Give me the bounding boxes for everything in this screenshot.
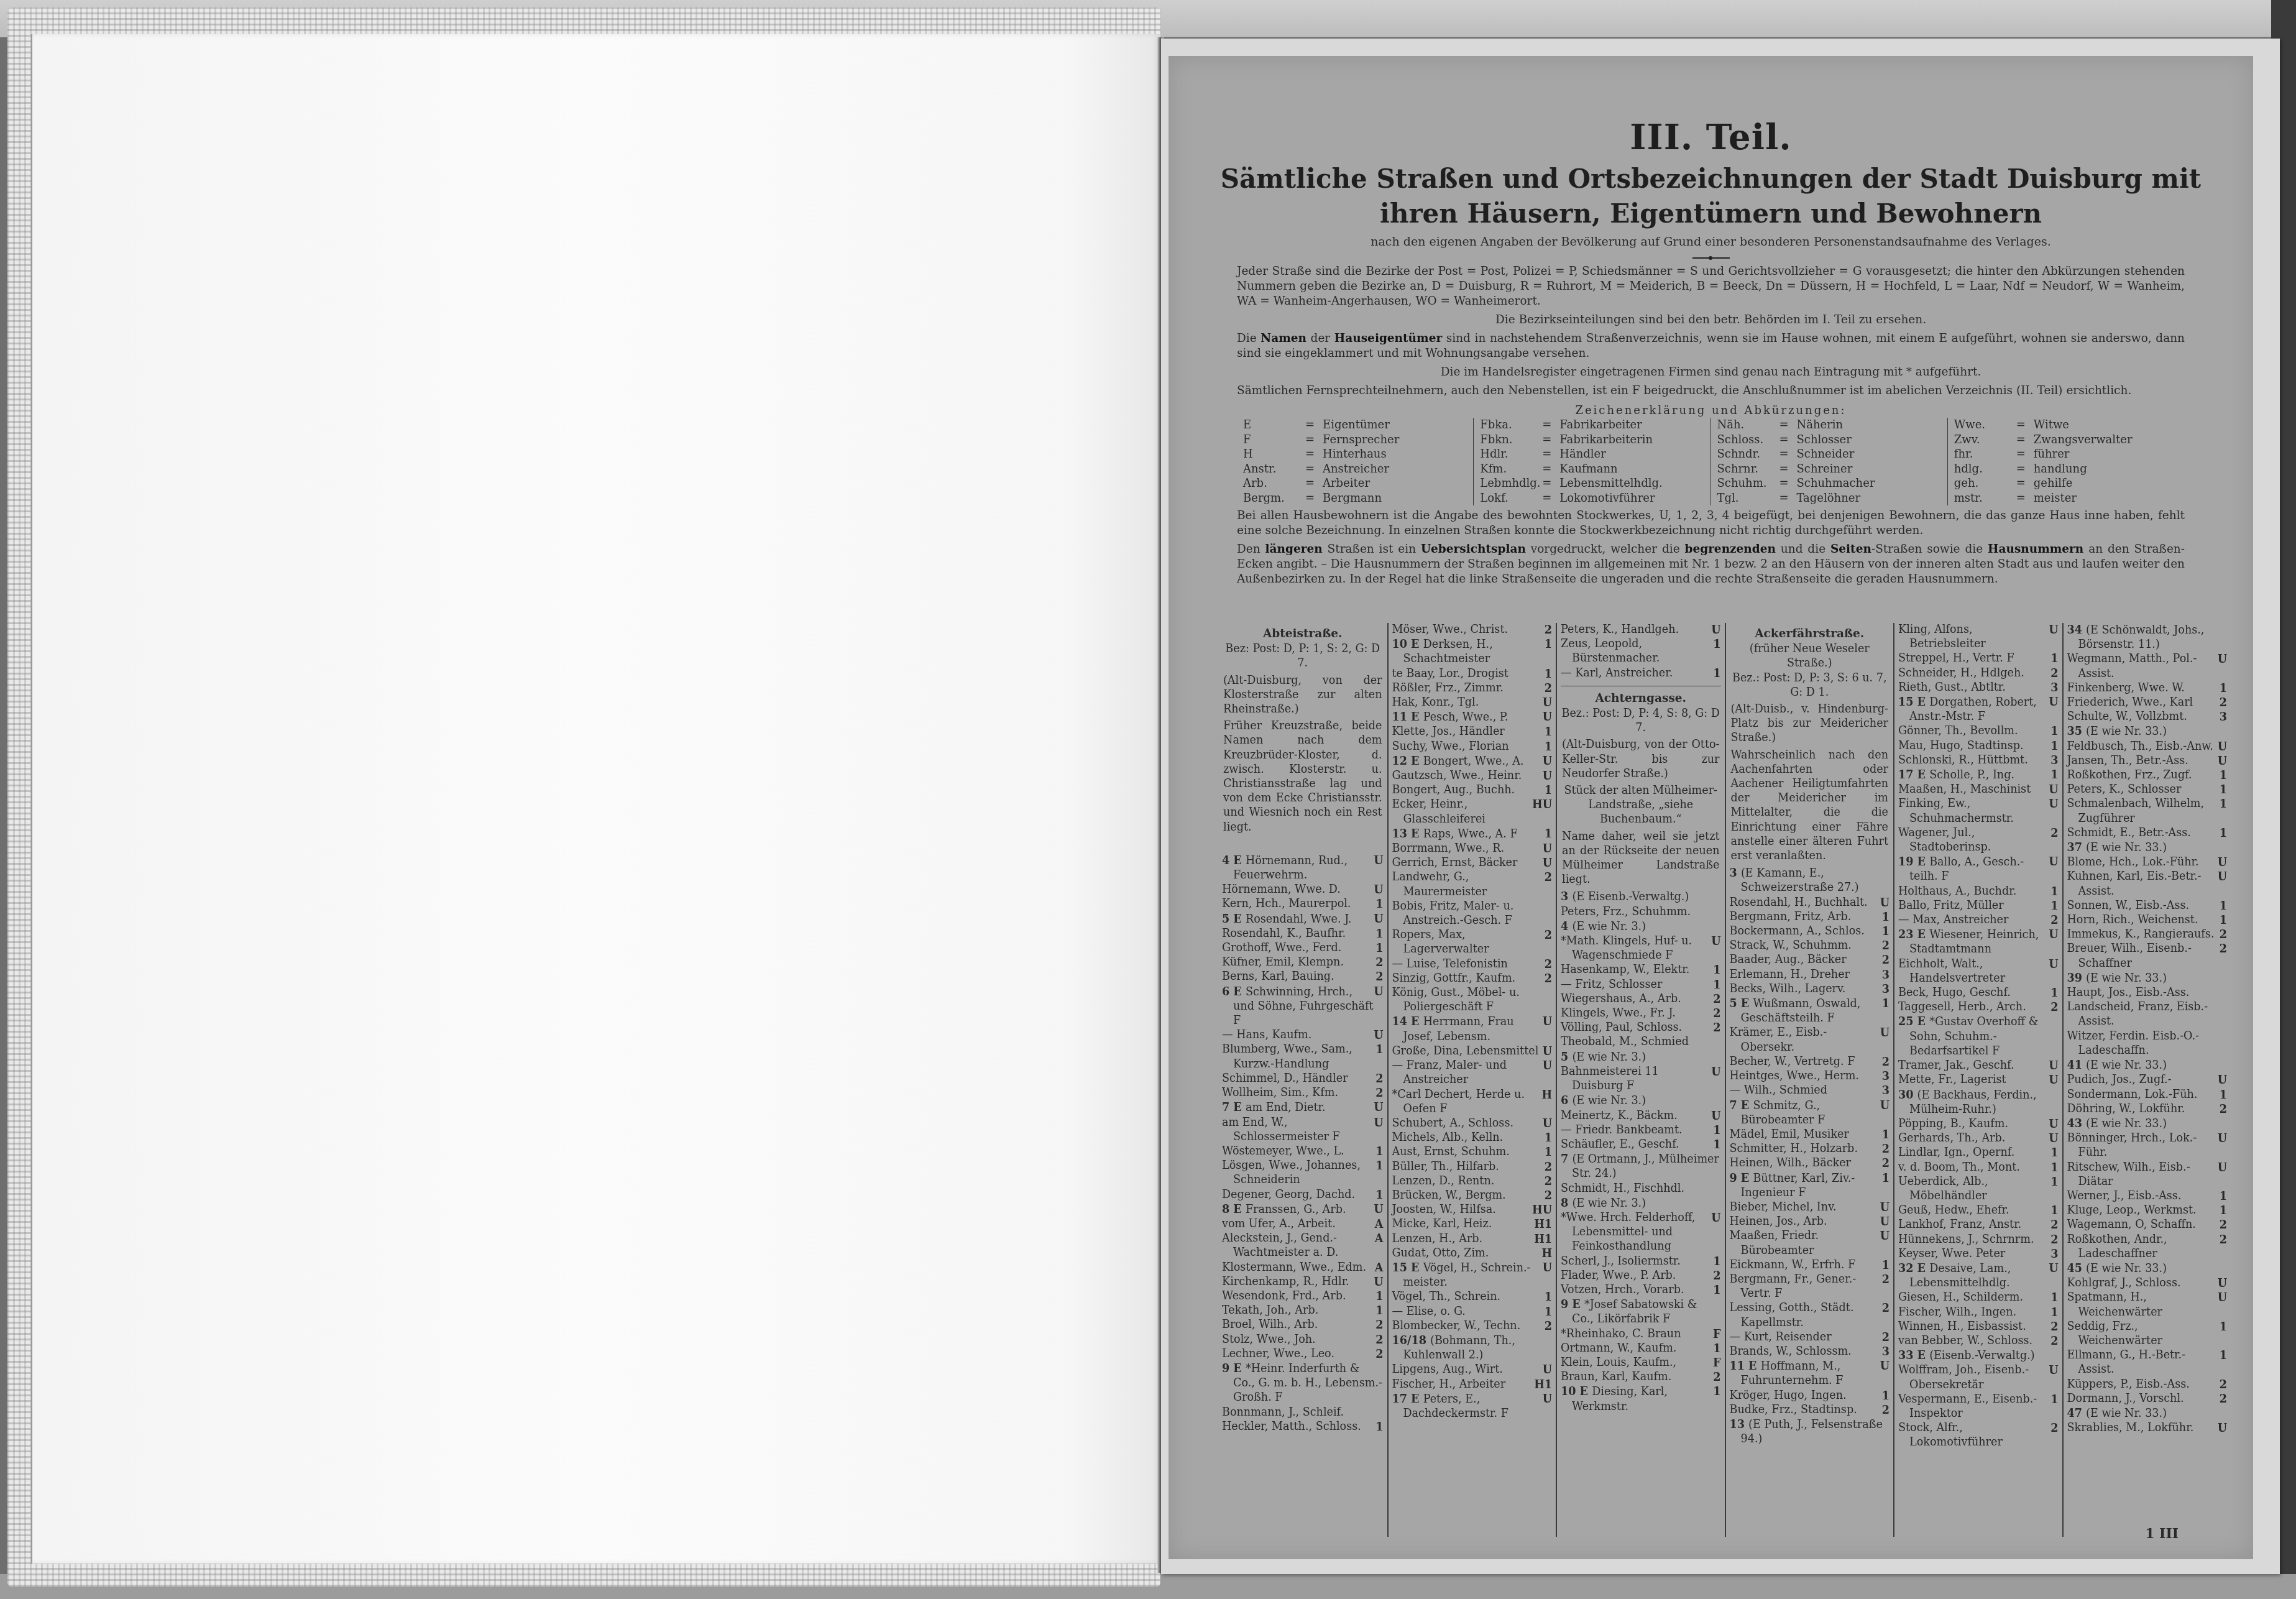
intro-floors: Bei allen Hausbewohnern ist die Angabe d…: [1237, 509, 2185, 538]
legend-abbr: F: [1243, 433, 1305, 448]
house-number: 25 E: [1898, 1015, 1929, 1028]
resident-name: Peters, Frz., Schuhmm.: [1561, 906, 1691, 918]
resident-name: (E Ortmann, J., Mülheimer Str. 24.): [1572, 1153, 1719, 1180]
legend-equals: =: [1542, 447, 1559, 462]
resident-entry: 35 (E wie Nr. 33.): [2067, 724, 2228, 739]
resident-entry: UGroße, Dina, Lebensmittel: [1392, 1044, 1553, 1059]
floor-marker: U: [1540, 1363, 1552, 1377]
resident-entry: U11 E Hoffmann, M., Fuhrunternehm. F: [1730, 1359, 1890, 1388]
intro-owners: Die Namen der Hauseigentümer sind in nac…: [1237, 331, 2185, 361]
floor-marker: 1: [2217, 913, 2227, 928]
resident-name: (E wie Nr. 33.): [2086, 842, 2167, 854]
floor-marker: 2: [1880, 939, 1890, 953]
floor-marker: U: [1540, 769, 1552, 783]
resident-name: Peters, K., Handlgeh.: [1561, 624, 1679, 636]
resident-entry: UGerhards, Th., Arb.: [1898, 1131, 2059, 1146]
resident-entry: 2— Kurt, Reisender: [1730, 1330, 1890, 1345]
resident-name: Bongert, Wwe., A.: [1423, 755, 1524, 768]
resident-entry: Theobald, M., Schmied: [1561, 1035, 1721, 1049]
legend-equals: =: [1779, 447, 1797, 462]
resident-entry: 2Ropers, Max, Lagerverwalter: [1392, 928, 1553, 957]
floor-marker: 1: [2048, 1175, 2058, 1189]
resident-entry: 1— Karl, Anstreicher.: [1561, 666, 1721, 681]
resident-name: Ueberdick, Alb., Möbelhändler: [1898, 1176, 1988, 1202]
resident-entry: 1Tekath, Joh., Arb.: [1222, 1304, 1384, 1318]
resident-entry: 1Seddig, Frz., Weichenwärter: [2067, 1320, 2228, 1348]
resident-entry: 1Schmalenbach, Wilhelm, Zugführer: [2067, 797, 2228, 826]
resident-name: (Eisenb.-Verwaltg.): [1929, 1350, 2035, 1362]
floor-marker: U: [1709, 1065, 1720, 1079]
resident-entry: U15 E Dorgathen, Robert, Anstr.-Mstr. F: [1898, 695, 2059, 724]
floor-marker: 1: [1542, 783, 1552, 798]
floor-marker: 1: [2048, 885, 2058, 899]
house-number: 7: [1561, 1153, 1572, 1166]
floor-marker: 2: [2217, 696, 2227, 710]
legend-abbr: Fbkn.: [1480, 433, 1542, 448]
resident-entry: 2Immekus, K., Rangieraufs.: [2067, 928, 2228, 942]
resident-entry: U5 E Rosendahl, Wwe. J.: [1222, 912, 1384, 927]
floor-marker: 1: [1542, 740, 1552, 754]
floor-marker: U: [2046, 1261, 2058, 1276]
floor-marker: 2: [1542, 1174, 1552, 1189]
floor-marker: 2: [1542, 681, 1552, 696]
floor-marker: A: [1372, 1232, 1384, 1246]
resident-name: Küfner, Emil, Klempn.: [1222, 956, 1344, 969]
legend-meaning: Fernsprecher: [1323, 433, 1467, 448]
floor-marker: F: [1711, 1327, 1721, 1342]
legend-abbr: fhr.: [1954, 447, 2016, 462]
resident-name: Lechner, Wwe., Leo.: [1222, 1348, 1334, 1360]
house-number: 34: [2067, 624, 2087, 637]
floor-marker: 1: [1373, 1304, 1383, 1318]
legend-meaning: Fabrikarbeiterin: [1559, 433, 1704, 448]
resident-entry: Bonnmann, J., Schleif.: [1222, 1406, 1384, 1420]
floor-marker: HU: [1530, 798, 1552, 812]
resident-name: Horn, Rich., Weichenst.: [2067, 914, 2198, 926]
floor-marker: 3: [1880, 1345, 1890, 1359]
resident-entry: 2Hünnekens, J., Schrnrm.: [1898, 1233, 2059, 1247]
legend-meaning: Arbeiter: [1323, 476, 1467, 491]
resident-entry: 1v. d. Boom, Th., Mont.: [1898, 1161, 2059, 1175]
resident-entry: U15 E Vögel, H., Schrein.-meister.: [1392, 1261, 1553, 1290]
resident-name: Bongert, Aug., Buchh.: [1392, 784, 1515, 796]
street-description: Name daher, weil sie jetzt an der Rückse…: [1561, 830, 1721, 888]
house-number: 9 E: [1561, 1298, 1584, 1311]
legend-equals: =: [1542, 418, 1559, 433]
resident-name: Witzer, Ferdin. Eisb.-O.-Ladeschaffn.: [2067, 1030, 2200, 1057]
resident-entry: 13 (E Puth, J., Felsenstraße 94.): [1730, 1417, 1890, 1447]
floor-marker: 2: [1880, 953, 1890, 967]
resident-entry: 2Berns, Karl, Bauing.: [1222, 970, 1384, 984]
abbreviation-legend: E=EigentümerF=FernsprecherH=HinterhausAn…: [1237, 418, 2185, 505]
resident-entry: 41 (E wie Nr. 33.): [2067, 1058, 2228, 1073]
resident-name: Votzen, Hrch., Vorarb.: [1561, 1284, 1684, 1296]
ornament-divider: [1692, 256, 1730, 260]
floor-marker: 2: [1880, 1301, 1890, 1316]
resident-entry: U7 E Schmitz, G., Bürobeamter F: [1730, 1099, 1890, 1128]
resident-name: Holthaus, A., Buchdr.: [1898, 885, 2016, 898]
floor-marker: 1: [1880, 1171, 1890, 1186]
resident-entry: Avom Ufer, A., Arbeit.: [1222, 1217, 1384, 1232]
legend-meaning: führer: [2034, 447, 2179, 462]
legend-meaning: Schreiner: [1797, 462, 1941, 477]
resident-entry: 2Schimmel, D., Händler: [1222, 1072, 1384, 1086]
resident-name: Rieth, Gust., Abtltr.: [1898, 681, 2006, 694]
resident-name: Ballo, Fritz, Müller: [1898, 900, 2004, 912]
floor-marker: U: [1540, 1044, 1552, 1059]
resident-name: Gerhards, Th., Arb.: [1898, 1132, 2005, 1145]
floor-marker: 2: [1711, 992, 1720, 1007]
resident-entry: UBönninger, Hrch., Lok.-Führ.: [2067, 1131, 2228, 1160]
street-heading: Ackerfährstraße.: [1730, 627, 1890, 641]
legend-meaning: meister: [2034, 491, 2179, 506]
resident-name: (E wie Nr. 33.): [2086, 972, 2167, 985]
resident-entry: 2Wagener, Jul., Stadtoberinsp.: [1898, 826, 2059, 855]
intro-text: Jeder Straße sind die Bezirke der Post =…: [1237, 264, 2185, 402]
floor-marker: U: [2215, 1421, 2227, 1435]
legend-entry: Fbkn.=Fabrikarbeiterin: [1480, 433, 1704, 448]
legend-entry: Zwv.=Zwangsverwalter: [1954, 433, 2179, 448]
resident-entry: 2Rößler, Frz., Zimmr.: [1392, 681, 1553, 696]
resident-name: Klette, Jos., Händler: [1392, 726, 1505, 738]
legend-equals: =: [1305, 447, 1323, 462]
floor-marker: U: [2046, 1131, 2058, 1146]
resident-name: Eickmann, W., Erfrh. F: [1730, 1259, 1856, 1271]
floor-marker: U: [1371, 1028, 1383, 1043]
legend-abbr: Wwe.: [1954, 418, 2016, 433]
floor-marker: 1: [2048, 899, 2058, 913]
house-number: 3: [1730, 867, 1741, 880]
house-number: 5 E: [1730, 997, 1753, 1010]
legend-meaning: Lebensmittelhdlg.: [1559, 476, 1704, 491]
resident-entry: UMeinertz, K., Bäckm.: [1561, 1109, 1721, 1123]
resident-name: Hasenkamp, W., Elektr.: [1561, 964, 1689, 976]
floor-marker: U: [2046, 695, 2058, 709]
resident-entry: H1Fischer, H., Arbeiter: [1392, 1378, 1553, 1392]
resident-entry: 1Streppel, H., Vertr. F: [1898, 652, 2059, 666]
intro-text-2: Bei allen Hausbewohnern ist die Angabe d…: [1237, 509, 2185, 591]
resident-entry: 2Strack, W., Schuhmm.: [1730, 939, 1890, 953]
resident-name: Berns, Karl, Bauing.: [1222, 970, 1334, 983]
resident-name: Gerrich, Ernst, Bäcker: [1392, 857, 1518, 869]
resident-name: Baader, Aug., Bäcker: [1730, 954, 1847, 966]
resident-name: Winnen, H., Eisbassist.: [1898, 1320, 2026, 1333]
legend-entry: E=Eigentümer: [1243, 418, 1467, 433]
legend-meaning: Tagelöhner: [1797, 491, 1941, 506]
floor-marker: U: [2215, 754, 2227, 768]
floor-marker: 1: [1880, 1128, 1890, 1142]
street-description: (Alt-Duisburg, von der Otto-Keller-Str. …: [1561, 738, 1721, 781]
resident-name: Heinen, Wilh., Bäcker: [1730, 1157, 1852, 1169]
resident-name: Heckler, Matth., Schloss.: [1222, 1421, 1361, 1433]
resident-name: Raps, Wwe., A. F: [1423, 828, 1518, 841]
resident-name: — Kurt, Reisender: [1730, 1331, 1832, 1343]
resident-name: Braun, Karl, Kaufm.: [1561, 1371, 1671, 1383]
resident-entry: 2Wiegershaus, A., Arb.: [1561, 992, 1721, 1007]
resident-name: Krämer, E., Eisb.-Obersekr.: [1730, 1026, 1827, 1053]
floor-marker: U: [1540, 754, 1552, 768]
resident-name: *Gustav Overhoff & Sohn, Schuhm.-Bedarfs…: [1909, 1016, 2038, 1057]
floor-marker: 2: [2048, 1320, 2058, 1334]
resident-entry: 8 (E wie Nr. 3.): [1561, 1196, 1721, 1211]
floor-marker: 1: [2048, 739, 2058, 753]
resident-name: Schmidt, H., Fischhdl.: [1561, 1182, 1684, 1195]
floor-marker: U: [1878, 1229, 1890, 1243]
resident-name: Rosendahl, H., Buchhalt.: [1730, 896, 1868, 909]
legend-abbr: Schloss.: [1717, 433, 1779, 448]
resident-entry: 1Sondermann, Lok.-Füh.: [2067, 1088, 2228, 1102]
resident-entry: UJansen, Th., Betr.-Ass.: [2067, 754, 2228, 768]
resident-name: Feldbusch, Th., Eisb.-Anw.: [2067, 740, 2213, 753]
floor-marker: 1: [1373, 1188, 1383, 1202]
legend-meaning: Anstreicher: [1323, 462, 1467, 477]
floor-marker: 1: [1542, 1305, 1552, 1319]
resident-entry: 2van Bebber, W., Schloss.: [1898, 1334, 2059, 1348]
legend-equals: =: [1305, 491, 1323, 506]
resident-name: Kuhnen, Karl, Eis.-Betr.-Assist.: [2067, 870, 2202, 897]
resident-entry: UFinking, Ew., Schuhmachermstr.: [1898, 797, 2059, 826]
resident-entry: 1te Baay, Lor., Drogist: [1392, 667, 1553, 681]
legend-equals: =: [1779, 476, 1797, 491]
legend-equals: =: [2016, 476, 2034, 491]
floor-marker: 2: [1373, 1072, 1383, 1086]
floor-marker: 1: [1711, 978, 1720, 992]
resident-entry: U23 E Wiesener, Heinrich, Stadtamtmann: [1898, 928, 2059, 957]
resident-name: Dormann, J., Vorschl.: [2067, 1393, 2184, 1405]
house-number: 14 E: [1392, 1015, 1423, 1028]
resident-name: Schlonski, R., Hüttbmt.: [1898, 754, 2028, 767]
resident-name: Büller, Th., Hilfarb.: [1392, 1161, 1499, 1173]
floor-marker: 1: [2048, 986, 2058, 1000]
resident-name: Stock, Alfr., Lokomotivführer: [1898, 1422, 2003, 1449]
resident-name: Vögel, Th., Schrein.: [1392, 1291, 1501, 1303]
floor-marker: 1: [2217, 768, 2227, 783]
resident-name: — Friedr. Bankbeamt.: [1561, 1124, 1683, 1136]
resident-entry: 2Möser, Wwe., Christ.: [1392, 623, 1553, 637]
house-number: 4 E: [1222, 854, 1246, 867]
floor-marker: 2: [2048, 913, 2058, 928]
resident-name: Wußmann, Oswald, Geschäftsteilh. F: [1741, 998, 1861, 1025]
resident-name: (E Schönwaldt, Johs., Börsenstr. 11.): [2078, 624, 2205, 651]
resident-name: Flader, Wwe., P. Arb.: [1561, 1270, 1676, 1282]
resident-entry: U19 E Ballo, A., Gesch.-teilh. F: [1898, 855, 2059, 884]
resident-name: Keyser, Wwe. Peter: [1898, 1248, 2005, 1260]
resident-entry: 2Klingels, Wwe., Fr. J.: [1561, 1007, 1721, 1021]
legend-equals: =: [1542, 433, 1559, 448]
legend-meaning: Schuhmacher: [1797, 476, 1941, 491]
resident-entry: 1Grothoff, Wwe., Ferd.: [1222, 941, 1384, 956]
floor-marker: 2: [1880, 1142, 1890, 1156]
legend-column: Fbka.=FabrikarbeiterFbkn.=Fabrikarbeiter…: [1474, 418, 1711, 505]
resident-entry: UFeldbusch, Th., Eisb.-Anw.: [2067, 740, 2228, 754]
resident-entry: ULipgens, Aug., Wirt.: [1392, 1363, 1553, 1377]
legend-entry: Schloss.=Schlosser: [1717, 433, 1941, 448]
floor-marker: 1: [1880, 1258, 1890, 1273]
subtitle: nach den eigenen Angaben der Bevölkerung…: [1169, 235, 2253, 249]
legend-equals: =: [1542, 476, 1559, 491]
resident-name: Peters, K., Schlosser: [2067, 783, 2182, 796]
resident-entry: 34 (E Schönwaldt, Johs., Börsenstr. 11.): [2067, 623, 2228, 652]
resident-name: Gautzsch, Wwe., Heinr.: [1392, 770, 1522, 782]
floor-marker: 1: [1711, 1123, 1720, 1138]
floor-marker: 1: [1542, 667, 1552, 681]
floor-marker: U: [1709, 934, 1720, 949]
legend-abbr: Hdlr.: [1480, 447, 1542, 462]
house-number: 43: [2067, 1117, 2087, 1130]
legend-entry: Bergm.=Bergmann: [1243, 491, 1467, 506]
floor-marker: U: [1371, 1100, 1383, 1115]
resident-entry: Witzer, Ferdin. Eisb.-O.-Ladeschaffn.: [2067, 1030, 2228, 1058]
floor-marker: U: [2215, 1276, 2227, 1291]
resident-entry: 39 (E wie Nr. 33.): [2067, 971, 2228, 986]
blank-left-page: [31, 34, 1160, 1564]
floor-marker: U: [1371, 912, 1383, 926]
resident-name: Rosendahl, Wwe. J.: [1246, 913, 1352, 926]
resident-name: Meinertz, K., Bäckm.: [1561, 1110, 1678, 1122]
floor-marker: U: [1878, 1215, 1890, 1229]
legend-abbr: hdlg.: [1954, 462, 2016, 477]
floor-marker: 1: [1711, 666, 1720, 681]
resident-name: Giesen, H., Schilderm.: [1898, 1291, 2023, 1304]
floor-marker: U: [1371, 1202, 1383, 1217]
resident-entry: 2Wagemann, O, Schaffn.: [2067, 1218, 2228, 1232]
resident-name: (E wie Nr. 33.): [2086, 1118, 2167, 1130]
resident-entry: 2Lechner, Wwe., Leo.: [1222, 1347, 1384, 1362]
legend-abbr: mstr.: [1954, 491, 2016, 506]
resident-name: (E Backhaus, Ferdin., Mülheim-Ruhr.): [1909, 1089, 2037, 1116]
resident-name: Wiesener, Heinrich, Stadtamtmann: [1909, 929, 2039, 956]
resident-entry: 2Friederich, Wwe., Karl: [2067, 696, 2228, 710]
house-number: 5: [1561, 1051, 1572, 1064]
directory-column: Ackerfährstraße.(früher Neue Weseler Str…: [1725, 623, 1894, 1537]
resident-name: *Math. Klingels, Huf- u. Wagenschmiede F: [1561, 935, 1692, 962]
resident-entry: UGerrich, Ernst, Bäcker: [1392, 856, 1553, 870]
legend-entry: fhr.=führer: [1954, 447, 2179, 462]
resident-name: Breuer, Wilh., Eisenb.-Schaffner: [2067, 942, 2192, 969]
resident-name: Schmitter, H., Holzarb.: [1730, 1143, 1858, 1155]
resident-entry: 3Becks, Wilh., Lagerv.: [1730, 982, 1890, 997]
resident-entry: UWolffram, Joh., Eisenb.-Obersekretär: [1898, 1363, 2059, 1392]
resident-entry: 1Schäufler, E., Geschf.: [1561, 1138, 1721, 1152]
floor-marker: 2: [2217, 942, 2227, 956]
legend-abbr: Tgl.: [1717, 491, 1779, 506]
floor-marker: 2: [1711, 1007, 1720, 1021]
legend-meaning: Lokomotivführer: [1559, 491, 1704, 506]
floor-marker: 2: [1542, 1160, 1552, 1174]
resident-entry: 2Stock, Alfr., Lokomotivführer: [1898, 1421, 2059, 1450]
street-heading: Achterngasse.: [1561, 691, 1721, 706]
resident-entry: URitschew, Wilh., Eisb.-Diätar: [2067, 1161, 2228, 1189]
floor-marker: 1: [1711, 1255, 1720, 1269]
resident-name: *Wwe. Hrch. Felderhoff, Lebensmittel- un…: [1561, 1212, 1695, 1253]
resident-entry: 1Schmidt, E., Betr.-Ass.: [2067, 826, 2228, 841]
resident-entry: 3 (E Eisenb.-Verwaltg.): [1561, 890, 1721, 905]
resident-entry: H*Carl Dechert, Herde u. Oefen F: [1392, 1088, 1553, 1117]
house-number: 13: [1730, 1418, 1749, 1431]
resident-name: Michels, Alb., Kelln.: [1392, 1131, 1504, 1144]
house-number: 33 E: [1898, 1349, 1929, 1362]
resident-entry: 3Schulte, W., Vollzbmt.: [2067, 710, 2228, 724]
resident-name: Vespermann, E., Eisenb.-Inspektor: [1898, 1393, 2037, 1420]
resident-entry: UKling, Alfons, Betriebsleiter: [1898, 623, 2059, 652]
floor-marker: A: [1372, 1217, 1384, 1232]
resident-entry: 30 (E Backhaus, Ferdin., Mülheim-Ruhr.): [1898, 1088, 2059, 1117]
floor-marker: 1: [2048, 1393, 2058, 1407]
street-description: Früher Kreuzstraße, beide Namen nach dem…: [1222, 719, 1384, 835]
resident-name: Stolz, Wwe., Joh.: [1222, 1334, 1316, 1346]
resident-entry: 3Heintges, Wwe., Herm.: [1730, 1069, 1890, 1084]
resident-entry: UBlome, Hch., Lok.-Führ.: [2067, 855, 2228, 870]
floor-marker: 1: [2048, 768, 2058, 782]
floor-marker: U: [2046, 928, 2058, 942]
house-number: 10 E: [1392, 638, 1423, 651]
resident-entry: U32 E Desaive, Lam., Lebensmittelhdlg.: [1898, 1261, 2059, 1291]
resident-entry: 1Kern, Hch., Maurerpol.: [1222, 897, 1384, 911]
floor-marker: U: [2215, 1131, 2227, 1146]
floor-marker: U: [1540, 856, 1552, 870]
house-number: 8 E: [1222, 1203, 1246, 1216]
house-number: 8: [1561, 1197, 1572, 1210]
floor-marker: 1: [1542, 1290, 1552, 1304]
house-number: 41: [2067, 1059, 2087, 1072]
floor-marker: 2: [1711, 1370, 1720, 1385]
resident-entry: UBieber, Michel, Inv.: [1730, 1200, 1890, 1215]
intro-plans: Den längeren Straßen ist ein Uebersichts…: [1237, 542, 2185, 587]
street-heading: Abteistraße.: [1222, 627, 1384, 641]
resident-entry: 2Stolz, Wwe., Joh.: [1222, 1333, 1384, 1347]
resident-name: Ritschew, Wilh., Eisb.-Diätar: [2067, 1161, 2190, 1188]
floor-marker: 1: [1711, 1138, 1720, 1152]
directory-column: 2Möser, Wwe., Christ.110 E Derksen, H., …: [1387, 623, 1556, 1537]
legend-entry: Näh.=Näherin: [1717, 418, 1941, 433]
legend-abbr: Bergm.: [1243, 491, 1305, 506]
legend-abbr: Zwv.: [1954, 433, 2016, 448]
floor-marker: 1: [1373, 941, 1383, 956]
legend-entry: Fbka.=Fabrikarbeiter: [1480, 418, 1704, 433]
resident-name: Sonnen, W., Eisb.-Ass.: [2067, 900, 2190, 912]
resident-name: Joosten, W., Hilfsa.: [1392, 1204, 1496, 1216]
resident-entry: 2Lankhof, Franz, Anstr.: [1898, 1218, 2059, 1232]
resident-entry: 15 E Wußmann, Oswald, Geschäftsteilh. F: [1730, 997, 1890, 1026]
street-meta: (früher Neue Weseler Straße.): [1730, 642, 1890, 671]
resident-name: Friederich, Wwe., Karl: [2067, 696, 2193, 709]
resident-name: Büttner, Karl, Ziv.-Ingenieur F: [1741, 1173, 1855, 1199]
resident-entry: 9 E *Heinr. Inderfurth & Co., G. m. b. H…: [1222, 1362, 1384, 1406]
floor-marker: 3: [1880, 968, 1890, 982]
resident-entry: 2Breuer, Wilh., Eisenb.-Schaffner: [2067, 942, 2228, 970]
floor-marker: U: [2215, 652, 2227, 666]
legend-abbr: Schndr.: [1717, 447, 1779, 462]
floor-marker: 2: [2217, 928, 2227, 942]
resident-entry: 3Schlonski, R., Hüttbmt.: [1898, 753, 2059, 768]
legend-entry: Anstr.=Anstreicher: [1243, 462, 1467, 477]
resident-entry: UHak, Konr., Tgl.: [1392, 696, 1553, 710]
resident-name: Beck, Hugo, Geschf.: [1898, 987, 2011, 999]
floor-marker: 2: [1542, 623, 1552, 637]
floor-marker: U: [2046, 1073, 2058, 1087]
resident-entry: U— Franz, Maler- und Anstreicher: [1392, 1059, 1553, 1087]
legend-entry: H=Hinterhaus: [1243, 447, 1467, 462]
legend-equals: =: [1779, 462, 1797, 477]
street-directory-columns: Abteistraße.Bez: Post: D, P: 1, S: 2, G:…: [1218, 623, 2231, 1537]
legend-equals: =: [1779, 418, 1797, 433]
floor-marker: HU: [1530, 1203, 1552, 1217]
resident-name: Becks, Wilh., Lagerv.: [1730, 983, 1846, 995]
resident-name: Hörnemann, Wwe. D.: [1222, 883, 1341, 896]
resident-entry: Bobis, Fritz, Maler- u. Anstreich.-Gesch…: [1392, 900, 1553, 928]
legend-abbr: Lebmhdlg.: [1480, 476, 1542, 491]
floor-marker: H: [1539, 1246, 1552, 1261]
